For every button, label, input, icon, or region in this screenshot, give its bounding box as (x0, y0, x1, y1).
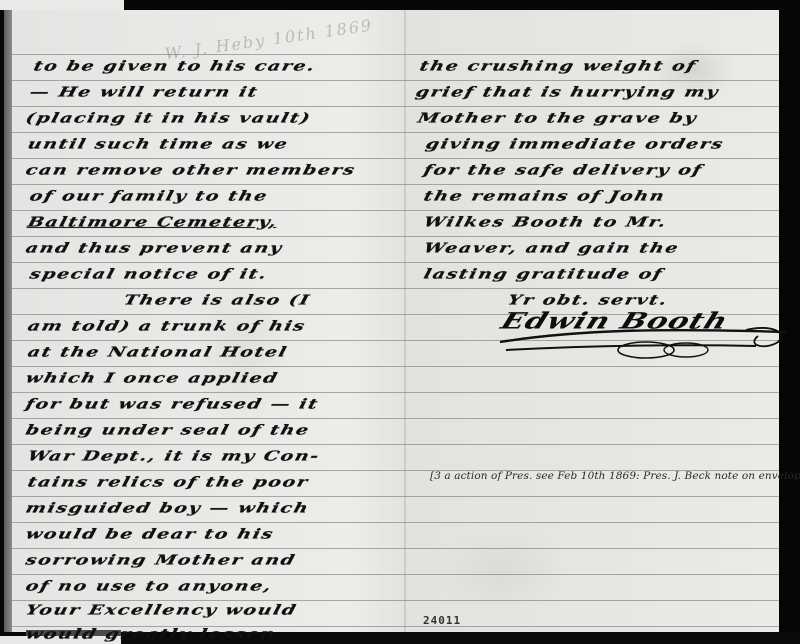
archival-note: [3 a action of Pres. see Feb 10th 1869: … (430, 470, 800, 482)
letter-line: War Dept., it is my Con- (26, 448, 322, 464)
binding-edge (4, 10, 12, 632)
scan-edge-tab (0, 0, 124, 10)
letter-line: giving immediate orders (424, 136, 726, 152)
closing-salutation: Yr obt. servt. (506, 292, 670, 308)
archive-stamp-number: 24011 (423, 614, 461, 627)
letter-line: the remains of John (422, 188, 667, 204)
letter-line: of no use to anyone, (24, 578, 274, 594)
letter-line: would be dear to his (24, 526, 276, 542)
letter-line: lasting gratitude of (422, 266, 665, 282)
letter-line: Your Excellency would (24, 602, 299, 618)
left-page: W. J. Heby 10th 1869 to be given to his … (14, 10, 402, 632)
letter-line: grief that is hurrying my (414, 84, 721, 100)
letter-line: There is also (I (122, 292, 312, 308)
letter-line-underlined: Baltimore Cemetery, (26, 214, 280, 230)
letter-line: Mother to the grave by (416, 110, 699, 126)
letter-line: (placing it in his vault) (24, 110, 313, 126)
letter-line: — He will return it (28, 84, 260, 100)
letter-line: sorrowing Mother and (24, 552, 298, 568)
letter-line: of our family to the (28, 188, 270, 204)
letter-line: at the National Hotel (26, 344, 290, 360)
letter-line: for the safe delivery of (422, 162, 704, 178)
letter-line: am told) a trunk of his (26, 318, 308, 334)
letter-line: and thus prevent any (24, 240, 285, 256)
letter-line: misguided boy — which (24, 500, 311, 516)
letter-line: Wilkes Booth to Mr. (422, 214, 669, 230)
letter-line: special notice of it. (28, 266, 269, 282)
letter-line: Weaver, and gain the (422, 240, 681, 256)
right-page: the crushing weight of grief that is hur… (410, 10, 778, 632)
letter-line: which I once applied (24, 370, 280, 386)
page-fold (404, 10, 406, 632)
letter-line: would greatly lessen (24, 626, 278, 642)
letter-line: being under seal of the (24, 422, 312, 438)
signature-flourish (496, 320, 796, 366)
letter-line: until such time as we (26, 136, 290, 152)
letter-line: the crushing weight of (418, 58, 698, 74)
bleed-through-text: W. J. Heby 10th 1869 (164, 15, 374, 63)
letter-line: to be given to his care. (32, 58, 317, 74)
letter-line: can remove other members (24, 162, 358, 178)
letter-line: tains relics of the poor (26, 474, 311, 490)
letter-line: for but was refused — it (24, 396, 321, 412)
